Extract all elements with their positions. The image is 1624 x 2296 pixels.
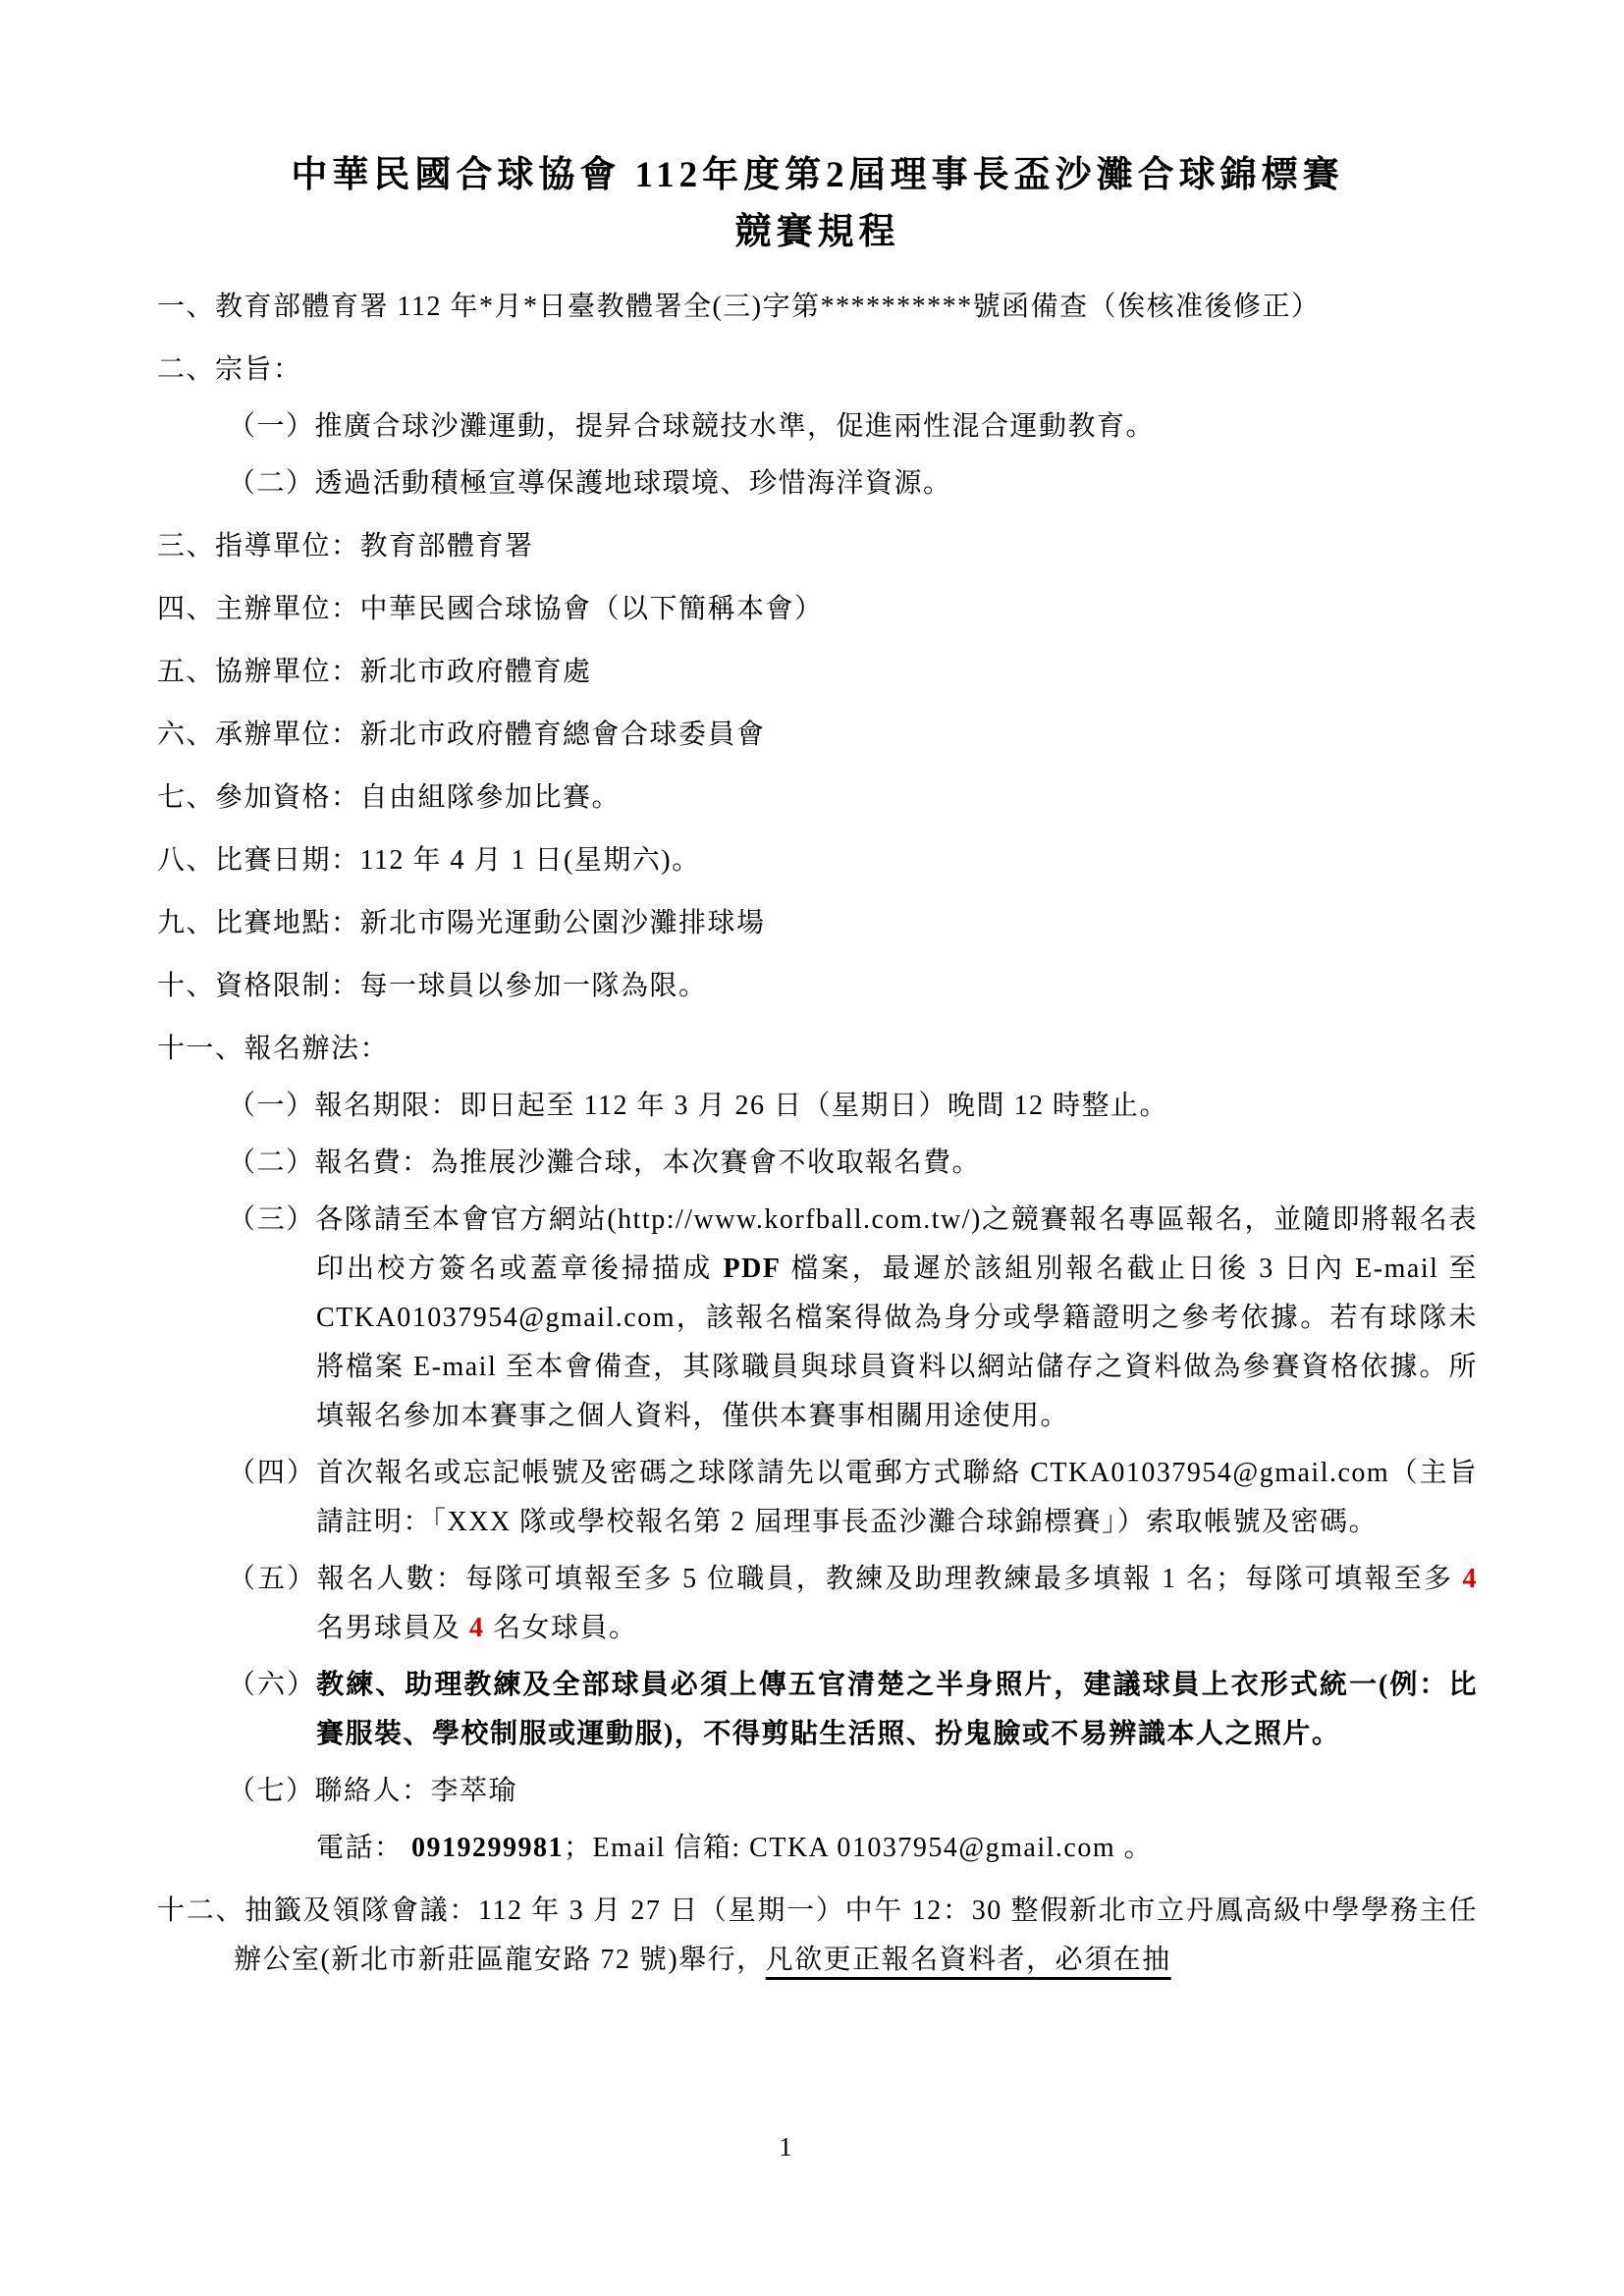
- paragraph: 五、協辦單位：新北市政府體育處: [157, 648, 1478, 697]
- item-label: 十、: [157, 971, 215, 1001]
- paragraph: 八、比賽日期：112 年 4 月 1 日(星期六)。: [157, 836, 1478, 885]
- paragraph: 二、宗旨：: [157, 346, 1478, 395]
- paragraph: （一）報名期限：即日起至 112 年 3 月 26 日（星期日）晚間 12 時整…: [228, 1082, 1478, 1131]
- text-segment: 比賽地點：新北市陽光運動公園沙灘排球場: [215, 908, 766, 938]
- paragraph: （六）教練、助理教練及全部球員必須上傳五官清楚之半身照片，建議球員上衣形式統一(…: [228, 1661, 1478, 1759]
- red-highlight: 4: [1463, 1564, 1479, 1594]
- text-segment: 聯絡人：李萃瑜: [315, 1776, 518, 1806]
- item-label: 九、: [157, 908, 215, 938]
- paragraph: 四、主辦單位：中華民國合球協會（以下簡稱本會）: [157, 585, 1478, 634]
- text-segment: 名男球員及: [316, 1613, 469, 1643]
- text-segment: 首次報名或忘記帳號及密碼之球隊請先以電郵方式聯絡 CTKA01037954@gm…: [316, 1458, 1478, 1537]
- paragraph: 三、指導單位：教育部體育署: [157, 522, 1478, 571]
- paragraph: 十、資格限制：每一球員以參加一隊為限。: [157, 962, 1478, 1011]
- paragraph: （二）報名費：為推展沙灘合球，本次賽會不收取報名費。: [228, 1139, 1478, 1188]
- item-label: （四）: [228, 1458, 316, 1488]
- text-segment: 報名人數：每隊可填報至多 5 位職員，教練及助理教練最多填報 1 名；每隊可填報…: [317, 1564, 1463, 1594]
- paragraph: 十二、抽籤及領隊會議：112 年 3 月 27 日（星期一）中午 12：30 整…: [157, 1887, 1478, 1985]
- text-segment: 電話：: [316, 1833, 411, 1863]
- text-segment: 比賽日期：112 年 4 月 1 日(星期六)。: [215, 845, 701, 876]
- item-label: 八、: [157, 845, 215, 876]
- item-label: 四、: [157, 594, 215, 624]
- item-label: 三、: [157, 531, 215, 561]
- document-title: 中華民國合球協會 112年度第2屆理事長盃沙灘合球錦標賽 競賽規程: [157, 147, 1478, 261]
- document-content: 中華民國合球協會 112年度第2屆理事長盃沙灘合球錦標賽 競賽規程 一、教育部體…: [157, 147, 1478, 1985]
- item-label: （三）: [228, 1204, 315, 1235]
- paragraph: 七、參加資格：自由組隊參加比賽。: [157, 774, 1478, 823]
- item-label: （二）: [228, 468, 315, 499]
- paragraph: （七）聯絡人：李萃瑜: [228, 1767, 1478, 1816]
- text-segment: PDF: [724, 1254, 782, 1284]
- paragraph: （二）透過活動積極宣導保護地球環境、珍惜海洋資源。: [228, 459, 1478, 508]
- text-segment: 主辦單位：中華民國合球協會（以下簡稱本會）: [215, 594, 824, 624]
- page-number: 1: [0, 2132, 1571, 2163]
- paragraph: 電話： 0919299981；Email 信箱: CTKA 01037954@g…: [228, 1824, 1478, 1873]
- title-line-2: 競賽規程: [157, 204, 1478, 261]
- text-segment: ；Email 信箱: CTKA 01037954@gmail.com 。: [564, 1833, 1153, 1863]
- item-label: （二）: [228, 1148, 315, 1178]
- item-label: （一）: [228, 1091, 315, 1121]
- text-segment: 教練、助理教練及全部球員必須上傳五官清楚之半身照片，建議球員上衣形式統一(例：比…: [316, 1670, 1478, 1749]
- paragraph: （一）推廣合球沙灘運動，提昇合球競技水準，促進兩性混合運動教育。: [228, 402, 1478, 452]
- item-label: 五、: [157, 657, 215, 687]
- paragraph: 十一、報名辦法：: [157, 1025, 1478, 1074]
- underlined-text: 凡欲更正報名資料者，必須在抽: [766, 1945, 1171, 1975]
- paragraph: 六、承辦單位：新北市政府體育總會合球委員會: [157, 711, 1478, 760]
- text-segment: 推廣合球沙灘運動，提昇合球競技水準，促進兩性混合運動教育。: [315, 411, 1156, 442]
- paragraph: 一、教育部體育署 112 年*月*日臺教體署全(三)字第**********號函…: [157, 283, 1478, 332]
- paragraph: （三）各隊請至本會官方網站(http://www.korfball.com.tw…: [228, 1196, 1478, 1441]
- text-segment: 報名費：為推展沙灘合球，本次賽會不收取報名費。: [315, 1148, 982, 1178]
- text-segment: 報名期限：即日起至 112 年 3 月 26 日（星期日）晚間 12 時整止。: [315, 1091, 1168, 1121]
- item-label: 六、: [157, 720, 215, 750]
- item-label: 一、: [157, 292, 215, 322]
- text-segment: 透過活動積極宣導保護地球環境、珍惜海洋資源。: [315, 468, 952, 499]
- text-segment: 資格限制：每一球員以參加一隊為限。: [215, 971, 708, 1001]
- text-segment: 報名辦法：: [244, 1034, 390, 1064]
- text-segment: 0919299981: [411, 1833, 564, 1863]
- item-label: （七）: [228, 1776, 315, 1806]
- item-label: 十二、: [157, 1896, 244, 1926]
- text-segment: 宗旨：: [215, 354, 302, 385]
- item-label: （一）: [228, 411, 315, 442]
- item-label: 七、: [157, 782, 215, 813]
- text-segment: 教育部體育署 112 年*月*日臺教體署全(三)字第**********號函備查…: [215, 292, 1321, 322]
- item-label: 十一、: [157, 1034, 244, 1064]
- text-segment: 承辦單位：新北市政府體育總會合球委員會: [215, 720, 766, 750]
- item-label: （六）: [228, 1670, 316, 1700]
- paragraph: （四）首次報名或忘記帳號及密碼之球隊請先以電郵方式聯絡 CTKA01037954…: [228, 1449, 1478, 1547]
- document-page: 中華民國合球協會 112年度第2屆理事長盃沙灘合球錦標賽 競賽規程 一、教育部體…: [0, 0, 1624, 2296]
- paragraph: （五）報名人數：每隊可填報至多 5 位職員，教練及助理教練最多填報 1 名；每隊…: [228, 1555, 1478, 1653]
- red-highlight: 4: [469, 1613, 485, 1643]
- text-segment: 名女球員。: [485, 1613, 638, 1643]
- text-segment: 參加資格：自由組隊參加比賽。: [215, 782, 621, 813]
- text-segment: 協辦單位：新北市政府體育處: [215, 657, 592, 687]
- title-line-1: 中華民國合球協會 112年度第2屆理事長盃沙灘合球錦標賽: [157, 147, 1478, 204]
- paragraph: 九、比賽地點：新北市陽光運動公園沙灘排球場: [157, 899, 1478, 948]
- text-segment: 指導單位：教育部體育署: [215, 531, 534, 561]
- document-body: 一、教育部體育署 112 年*月*日臺教體署全(三)字第**********號函…: [157, 283, 1478, 1985]
- item-label: （五）: [228, 1564, 317, 1594]
- item-label: 二、: [157, 354, 215, 385]
